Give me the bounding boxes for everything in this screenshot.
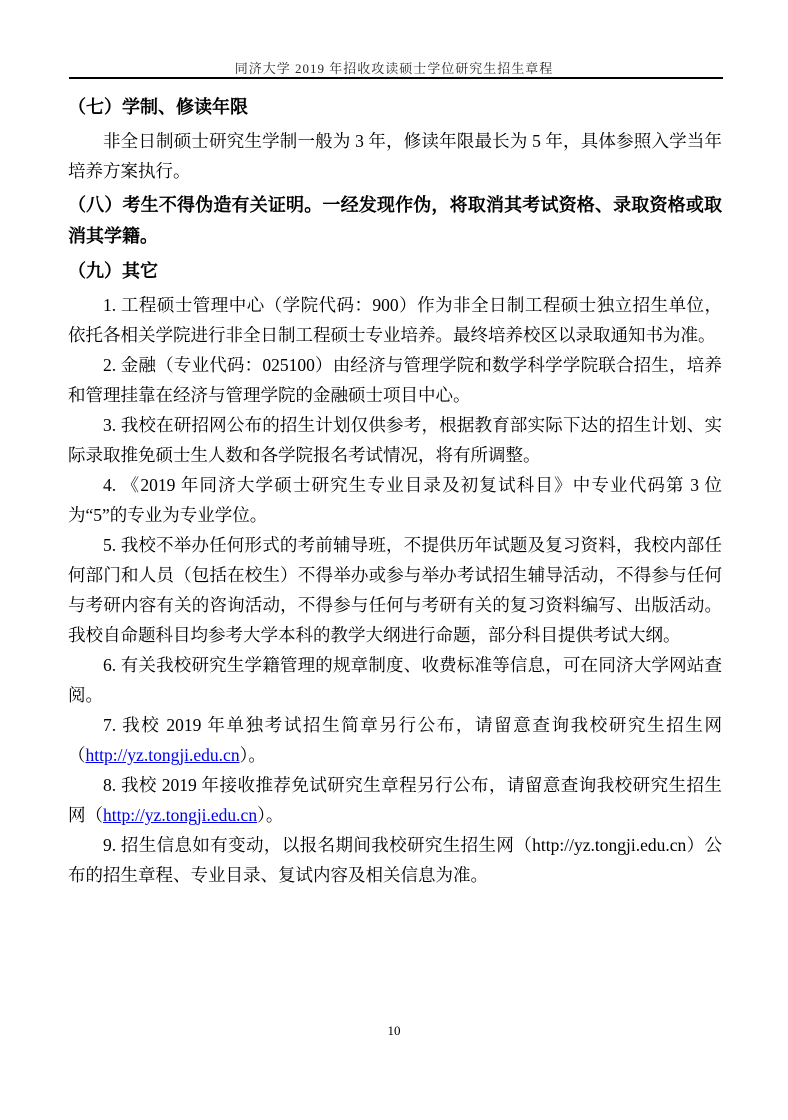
text-run: 3. 我校在研招网公布的招生计划仅供参考，根据教育部实际下达的招生计划、实际录取… bbox=[68, 415, 722, 465]
text-run: 2. 金融（专业代码：025100）由经济与管理学院和数学科学学院联合招生，培养… bbox=[68, 355, 722, 405]
document-paragraph: 1. 工程硕士管理中心（学院代码：900）作为非全日制工程硕士独立招生单位，依托… bbox=[68, 290, 722, 350]
page-number: 10 bbox=[0, 1023, 788, 1039]
section-heading: （八）考生不得伪造有关证明。一经发现作伪，将取消其考试资格、录取资格或取消其学籍… bbox=[68, 190, 722, 252]
section-heading: （七）学制、修读年限 bbox=[68, 92, 722, 123]
text-run: 6. 有关我校研究生学籍管理的规章制度、收费标准等信息，可在同济大学网站查阅。 bbox=[68, 655, 722, 705]
document-paragraph: 2. 金融（专业代码：025100）由经济与管理学院和数学科学学院联合招生，培养… bbox=[68, 350, 722, 410]
hyperlink-yz-tongji[interactable]: http://yz.tongji.edu.cn bbox=[86, 745, 240, 765]
document-paragraph: 3. 我校在研招网公布的招生计划仅供参考，根据教育部实际下达的招生计划、实际录取… bbox=[68, 410, 722, 470]
document-paragraph: 非全日制硕士研究生学制一般为 3 年，修读年限最长为 5 年，具体参照入学当年培… bbox=[68, 126, 722, 186]
document-paragraph: 5. 我校不举办任何形式的考前辅导班，不提供历年试题及复习资料，我校内部任何部门… bbox=[68, 530, 722, 650]
section-heading: （九）其它 bbox=[68, 256, 722, 287]
document-paragraph: 4. 《2019 年同济大学硕士研究生专业目录及初复试科目》中专业代码第 3 位… bbox=[68, 470, 722, 530]
page-header-title: 同济大学 2019 年招收攻读硕士学位研究生招生章程 bbox=[0, 58, 788, 77]
text-run: 9. 招生信息如有变动，以报名期间我校研究生招生网（http://yz.tong… bbox=[68, 835, 722, 885]
document-paragraph: 6. 有关我校研究生学籍管理的规章制度、收费标准等信息，可在同济大学网站查阅。 bbox=[68, 650, 722, 710]
document-content: （七）学制、修读年限非全日制硕士研究生学制一般为 3 年，修读年限最长为 5 年… bbox=[68, 88, 722, 890]
document-page: 同济大学 2019 年招收攻读硕士学位研究生招生章程 （七）学制、修读年限非全日… bbox=[0, 0, 788, 1120]
text-run: 1. 工程硕士管理中心（学院代码：900）作为非全日制工程硕士独立招生单位，依托… bbox=[68, 295, 722, 345]
document-paragraph: 9. 招生信息如有变动，以报名期间我校研究生招生网（http://yz.tong… bbox=[68, 830, 722, 890]
text-run: 4. 《2019 年同济大学硕士研究生专业目录及初复试科目》中专业代码第 3 位… bbox=[68, 475, 722, 525]
text-run: ）。 bbox=[257, 805, 283, 825]
hyperlink-yz-tongji[interactable]: http://yz.tongji.edu.cn bbox=[103, 805, 257, 825]
header-rule bbox=[69, 77, 723, 79]
text-run: 非全日制硕士研究生学制一般为 3 年，修读年限最长为 5 年，具体参照入学当年培… bbox=[68, 131, 722, 181]
text-run: ）。 bbox=[240, 745, 266, 765]
text-run: 5. 我校不举办任何形式的考前辅导班，不提供历年试题及复习资料，我校内部任何部门… bbox=[68, 535, 722, 645]
document-paragraph: 8. 我校 2019 年接收推荐免试研究生章程另行公布，请留意查询我校研究生招生… bbox=[68, 770, 722, 830]
document-paragraph: 7. 我校 2019 年单独考试招生简章另行公布，请留意查询我校研究生招生网（h… bbox=[68, 710, 722, 770]
